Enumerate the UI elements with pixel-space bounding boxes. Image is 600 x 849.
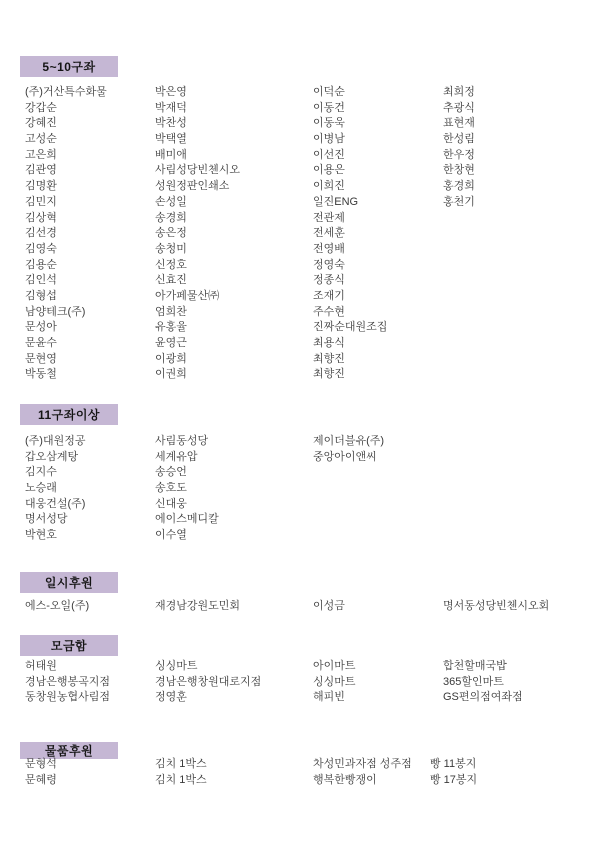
table-row: 김인석신효진정종식 xyxy=(25,273,600,289)
cell: 재경남강원도민회 xyxy=(155,599,240,615)
table-row: 박현호이수열 xyxy=(25,528,600,544)
cell: 남양테크(주) xyxy=(25,305,85,321)
cell: 이수열 xyxy=(155,528,187,544)
cell: 동창원농협사림점 xyxy=(25,690,110,706)
cell: 경남은행봉곡지점 xyxy=(25,675,110,691)
cell: 제이더블유(주) xyxy=(313,434,384,450)
cell: 한성림 xyxy=(443,132,475,148)
section-rows-one-time-support: 에스-오일(주)재경남강원도민회이성금명서동성당빈첸시오회 xyxy=(25,599,600,615)
cell: 차성민과자점 성주점 xyxy=(313,757,412,773)
cell: 문현영 xyxy=(25,352,57,368)
cell: 에이스메디칼 xyxy=(155,512,219,528)
cell: 이선진 xyxy=(313,148,345,164)
cell: 엄희찬 xyxy=(155,305,187,321)
cell: 전관제 xyxy=(313,211,345,227)
table-row: 대웅건설(주)신대웅 xyxy=(25,497,600,513)
table-row: 김지수송승언 xyxy=(25,465,600,481)
section-header-label: 5~10구좌 xyxy=(42,58,95,75)
cell: 홍천기 xyxy=(443,195,475,211)
cell: 김상혁 xyxy=(25,211,57,227)
table-row: 강혜진박찬성이동욱표현재 xyxy=(25,116,600,132)
cell: (주)거산특수화물 xyxy=(25,85,107,101)
cell: 문성아 xyxy=(25,320,57,336)
cell: 추광식 xyxy=(443,101,475,117)
table-row: 문윤수윤영근최용식 xyxy=(25,336,600,352)
table-row: 남양테크(주)엄희찬주수현 xyxy=(25,305,600,321)
table-row: 갑오삼계탕세계유압중앙아이앤씨 xyxy=(25,450,600,466)
cell: 박동철 xyxy=(25,367,57,383)
cell: 유홍율 xyxy=(155,320,187,336)
table-row: 김민지손성일일진ENG홍천기 xyxy=(25,195,600,211)
section-header-label: 일시후원 xyxy=(45,574,93,591)
cell: 이광희 xyxy=(155,352,187,368)
cell: 표현재 xyxy=(443,116,475,132)
donor-list-page: 5~10구좌 (주)거산특수화물박은영이덕순최희정강갑순박재덕이동건추광식강혜진… xyxy=(0,0,600,849)
table-row: 김형섭아가페물산㈜조재기 xyxy=(25,289,600,305)
cell: 김형섭 xyxy=(25,289,57,305)
cell: 이동건 xyxy=(313,101,345,117)
cell: 박택열 xyxy=(155,132,187,148)
table-row: 문혜령김치 1박스행복한빵쟁이빵 17봉지 xyxy=(25,773,600,789)
cell: 합천할매국밥 xyxy=(443,659,507,675)
cell: 이권희 xyxy=(155,367,187,383)
cell: 빵 11봉지 xyxy=(430,757,476,773)
cell: 주수현 xyxy=(313,305,345,321)
cell: 송청미 xyxy=(155,242,187,258)
cell: 고은희 xyxy=(25,148,57,164)
cell: 대웅건설(주) xyxy=(25,497,85,513)
cell: 김치 1박스 xyxy=(155,773,207,789)
cell: 해피빈 xyxy=(313,690,345,706)
cell: 문혜령 xyxy=(25,773,57,789)
table-row: 고성순박택열이병남한성림 xyxy=(25,132,600,148)
cell: 최향진 xyxy=(313,352,345,368)
section-header-one-time-support: 일시후원 xyxy=(20,572,118,593)
cell: 문윤수 xyxy=(25,336,57,352)
cell: 조재기 xyxy=(313,289,345,305)
cell: 아가페물산㈜ xyxy=(155,289,219,305)
table-row: 노승래송호도 xyxy=(25,481,600,497)
cell: 신정호 xyxy=(155,258,187,274)
cell: 박현호 xyxy=(25,528,57,544)
cell: 정영훈 xyxy=(155,690,187,706)
cell: 에스-오일(주) xyxy=(25,599,89,615)
cell: 최용식 xyxy=(313,336,345,352)
cell: 이동욱 xyxy=(313,116,345,132)
table-row: 박동철이권희최향진 xyxy=(25,367,600,383)
table-row: 김선경송은정전세훈 xyxy=(25,226,600,242)
cell: (주)대원정공 xyxy=(25,434,85,450)
cell: 박재덕 xyxy=(155,101,187,117)
cell: 이덕순 xyxy=(313,85,345,101)
cell: 김인석 xyxy=(25,273,57,289)
cell: 정영숙 xyxy=(313,258,345,274)
cell: 이병남 xyxy=(313,132,345,148)
cell: GS편의점여좌점 xyxy=(443,690,523,706)
cell: 빵 17봉지 xyxy=(430,773,477,789)
table-row: 강갑순박재덕이동건추광식 xyxy=(25,101,600,117)
cell: 문형석 xyxy=(25,757,57,773)
cell: 365할인마트 xyxy=(443,675,504,691)
cell: 갑오삼계탕 xyxy=(25,450,78,466)
cell: 싱싱마트 xyxy=(313,675,356,691)
cell: 김영숙 xyxy=(25,242,57,258)
table-row: (주)대원정공사림동성당제이더블유(주) xyxy=(25,434,600,450)
cell: 배미애 xyxy=(155,148,187,164)
cell: 김지수 xyxy=(25,465,57,481)
cell: 김명환 xyxy=(25,179,57,195)
cell: 신효진 xyxy=(155,273,187,289)
cell: 송은정 xyxy=(155,226,187,242)
cell: 송경희 xyxy=(155,211,187,227)
cell: 명서동성당빈첸시오회 xyxy=(443,599,549,615)
cell: 경남은행창원대로지점 xyxy=(155,675,261,691)
cell: 행복한빵쟁이 xyxy=(313,773,377,789)
cell: 김민지 xyxy=(25,195,57,211)
cell: 성원정판인쇄소 xyxy=(155,179,229,195)
table-row: 김명환성원정판인쇄소이희진홍경희 xyxy=(25,179,600,195)
section-rows-goods-support: 문형석김치 1박스차성민과자점 성주점빵 11봉지문혜령김치 1박스행복한빵쟁이… xyxy=(25,757,600,788)
table-row: 김영숙송청미전영배 xyxy=(25,242,600,258)
cell: 신대웅 xyxy=(155,497,187,513)
cell: 박찬성 xyxy=(155,116,187,132)
table-row: 문형석김치 1박스차성민과자점 성주점빵 11봉지 xyxy=(25,757,600,773)
cell: 일진ENG xyxy=(313,195,358,211)
cell: 한우정 xyxy=(443,148,475,164)
section-header-5-10-accounts: 5~10구좌 xyxy=(20,56,118,77)
cell: 최희정 xyxy=(443,85,475,101)
cell: 진짜순대원조집 xyxy=(313,320,387,336)
section-header-label: 모금함 xyxy=(51,637,87,654)
cell: 전영배 xyxy=(313,242,345,258)
cell: 사림성당빈첸시오 xyxy=(155,163,240,179)
section-header-11plus-accounts: 11구좌이상 xyxy=(20,404,118,425)
cell: 송호도 xyxy=(155,481,187,497)
cell: 전세훈 xyxy=(313,226,345,242)
cell: 김치 1박스 xyxy=(155,757,207,773)
cell: 정종식 xyxy=(313,273,345,289)
cell: 이성금 xyxy=(313,599,345,615)
table-row: (주)거산특수화물박은영이덕순최희정 xyxy=(25,85,600,101)
cell: 김관영 xyxy=(25,163,57,179)
cell: 명서성당 xyxy=(25,512,68,528)
table-row: 에스-오일(주)재경남강원도민회이성금명서동성당빈첸시오회 xyxy=(25,599,600,615)
table-row: 고은희배미애이선진한우정 xyxy=(25,148,600,164)
table-row: 허태원싱싱마트아이마트합천할매국밥 xyxy=(25,659,600,675)
section-rows-5-10-accounts: (주)거산특수화물박은영이덕순최희정강갑순박재덕이동건추광식강혜진박찬성이동욱표… xyxy=(25,85,600,383)
table-row: 명서성당에이스메디칼 xyxy=(25,512,600,528)
cell: 김용순 xyxy=(25,258,57,274)
section-rows-11plus-accounts: (주)대원정공사림동성당제이더블유(주)갑오삼계탕세계유압중앙아이앤씨김지수송승… xyxy=(25,434,600,544)
table-row: 김관영사림성당빈첸시오이용은한창현 xyxy=(25,163,600,179)
table-row: 경남은행봉곡지점경남은행창원대로지점싱싱마트365할인마트 xyxy=(25,675,600,691)
table-row: 동창원농협사림점정영훈해피빈GS편의점여좌점 xyxy=(25,690,600,706)
cell: 김선경 xyxy=(25,226,57,242)
cell: 송승언 xyxy=(155,465,187,481)
cell: 고성순 xyxy=(25,132,57,148)
cell: 한창현 xyxy=(443,163,475,179)
cell: 이용은 xyxy=(313,163,345,179)
cell: 이희진 xyxy=(313,179,345,195)
cell: 손성일 xyxy=(155,195,187,211)
cell: 노승래 xyxy=(25,481,57,497)
cell: 강혜진 xyxy=(25,116,57,132)
cell: 싱싱마트 xyxy=(155,659,198,675)
table-row: 문성아유홍율진짜순대원조집 xyxy=(25,320,600,336)
section-header-label: 11구좌이상 xyxy=(38,406,100,423)
cell: 윤영근 xyxy=(155,336,187,352)
cell: 박은영 xyxy=(155,85,187,101)
cell: 허태원 xyxy=(25,659,57,675)
cell: 세계유압 xyxy=(155,450,198,466)
table-row: 김상혁송경희전관제 xyxy=(25,211,600,227)
cell: 최향진 xyxy=(313,367,345,383)
table-row: 문현영이광희최향진 xyxy=(25,352,600,368)
cell: 중앙아이앤씨 xyxy=(313,450,377,466)
cell: 홍경희 xyxy=(443,179,475,195)
cell: 아이마트 xyxy=(313,659,356,675)
table-row: 김용순신정호정영숙 xyxy=(25,258,600,274)
section-header-donation-box: 모금함 xyxy=(20,635,118,656)
section-rows-donation-box: 허태원싱싱마트아이마트합천할매국밥경남은행봉곡지점경남은행창원대로지점싱싱마트3… xyxy=(25,659,600,706)
cell: 사림동성당 xyxy=(155,434,208,450)
cell: 강갑순 xyxy=(25,101,57,117)
